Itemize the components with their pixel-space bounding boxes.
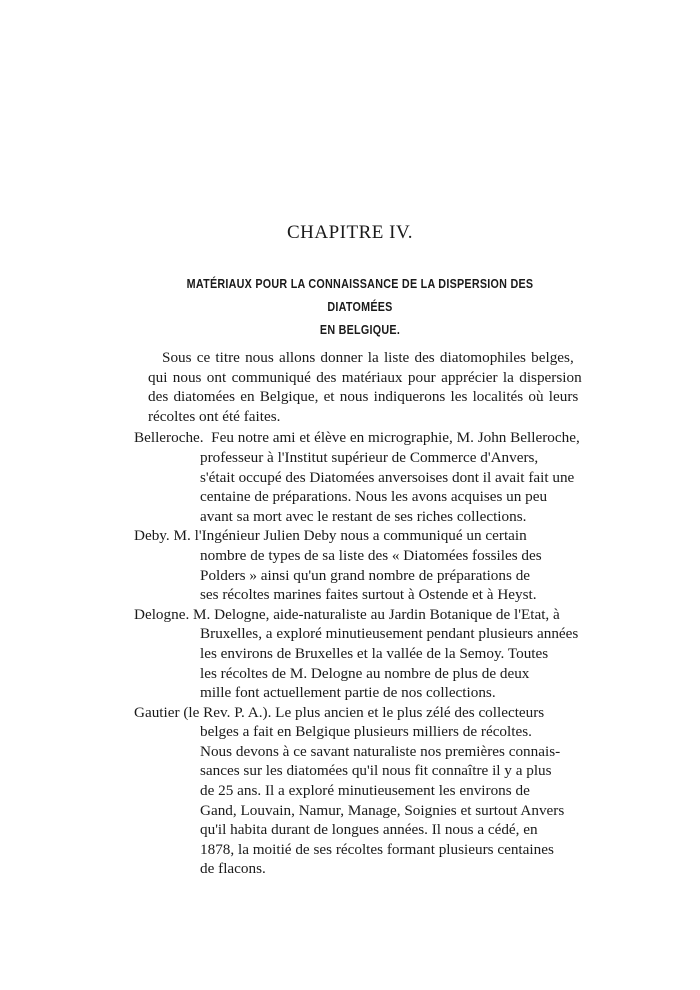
text-line: sances sur les diatomées qu'il nous fit … [200, 761, 585, 781]
section-heading-line-2: EN BELGIQUE. [171, 319, 549, 342]
text-line: des diatomées en Belgique, et nous indiq… [134, 387, 585, 407]
entry-belleroche: Belleroche. Feu notre ami et élève en mi… [134, 428, 585, 526]
text-line: Le plus ancien et le plus zélé des colle… [275, 704, 544, 721]
text-line: de flacons. [200, 859, 585, 879]
text-line: nombre de types de sa liste des « Diatom… [200, 546, 585, 566]
entry-name: Delogne. [134, 606, 189, 623]
text-line: Gand, Louvain, Namur, Manage, Soignies e… [200, 801, 585, 821]
text-line: Nous devons à ce savant naturaliste nos … [200, 742, 585, 762]
entry-name: Belleroche. [134, 429, 204, 446]
body-text: Sous ce titre nous allons donner la list… [134, 348, 585, 879]
entry-gautier: Gautier (le Rev. P. A.). Le plus ancien … [134, 703, 585, 879]
text-line: de 25 ans. Il a exploré minutieusement l… [200, 781, 585, 801]
text-line: Bruxelles, a exploré minutieusement pend… [200, 624, 585, 644]
text-line: mille font actuellement partie de nos co… [200, 683, 585, 703]
text-line: Sous ce titre nous allons donner la list… [134, 348, 585, 368]
chapter-title: CHAPITRE IV. [0, 222, 700, 244]
text-line: centaine de préparations. Nous les avons… [200, 487, 585, 507]
text-line: avant sa mort avec le restant de ses ric… [200, 507, 585, 527]
text-line: récoltes ont été faites. [134, 407, 585, 427]
text-line: qu'il habita durant de longues années. I… [200, 820, 585, 840]
entry-name: Gautier (le Rev. P. A.). [134, 704, 271, 721]
section-heading-line-1: MATÉRIAUX POUR LA CONNAISSANCE DE LA DIS… [171, 273, 549, 319]
text-line: 1878, la moitié de ses récoltes formant … [200, 840, 585, 860]
entry-delogne: Delogne. M. Delogne, aide-naturaliste au… [134, 605, 585, 703]
entry-deby: Deby. M. l'Ingénieur Julien Deby nous a … [134, 526, 585, 604]
text-line: M. Delogne, aide-naturaliste au Jardin B… [193, 606, 560, 623]
intro-paragraph: Sous ce titre nous allons donner la list… [134, 348, 585, 426]
section-heading: MATÉRIAUX POUR LA CONNAISSANCE DE LA DIS… [171, 273, 549, 342]
text-line: les environs de Bruxelles et la vallée d… [200, 644, 585, 664]
text-line: Polders » ainsi qu'un grand nombre de pr… [200, 566, 585, 586]
text-line: s'était occupé des Diatomées anversoises… [200, 468, 585, 488]
text-line: ses récoltes marines faites surtout à Os… [200, 585, 585, 605]
text-line: belges a fait en Belgique plusieurs mill… [200, 722, 585, 742]
text-line: qui nous ont communiqué des matériaux po… [134, 368, 585, 388]
text-line: professeur à l'Institut supérieur de Com… [200, 448, 585, 468]
text-line: les récoltes de M. Delogne au nombre de … [200, 664, 585, 684]
entry-name: Deby. [134, 527, 170, 544]
text-line: Feu notre ami et élève en micrographie, … [211, 429, 580, 446]
text-line: M. l'Ingénieur Julien Deby nous a commun… [174, 527, 527, 544]
